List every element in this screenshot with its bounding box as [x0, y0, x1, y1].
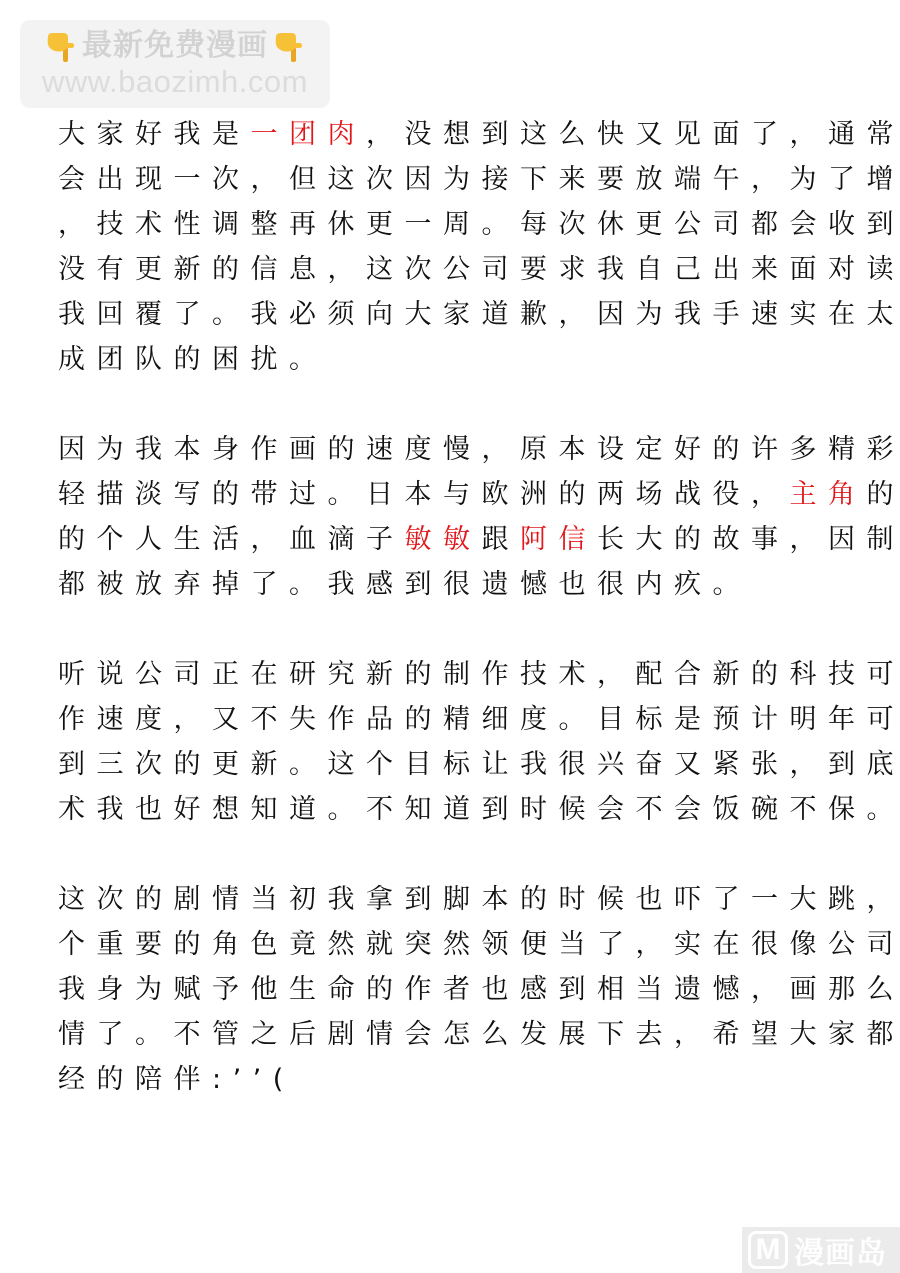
text-line: 这次的剧情当初我拿到脚本的时候也吓了一大跳，没想到这样一	[58, 877, 858, 922]
text-line: 我身为赋予他生命的作者也感到相当遗憾，画那么久对他也有感	[58, 967, 858, 1012]
text-line: 个重要的角色竟然就突然领便当了，实在很像公司编剧的风格。	[58, 922, 858, 967]
watermark-url: www.baozimh.com	[42, 64, 308, 100]
text-segment: 我回覆了。我必须向大家道歉，因为我手速实在太慢了，时常造	[58, 299, 900, 330]
paragraph: 大家好我是一团肉，没想到这么快又见面了，通常四次更新我才会出现一次，但这次因为接…	[58, 112, 858, 382]
pointing-down-hand-icon	[272, 29, 306, 63]
text-segment: 长大的故事，因制作进度的关系	[597, 524, 900, 555]
text-segment: 作速度，又不失作品的精细度。目标是预计明年可以达到每周二	[58, 704, 900, 735]
text-segment: 情了。不管之后剧情会怎么发展下去，希望大家都不要忘了他曾	[58, 1019, 900, 1050]
text-line: 听说公司正在研究新的制作技术，配合新的科技可以大大增加制	[58, 652, 858, 697]
text-segment: 会出现一次，但这次因为接下来要放端午，为了增加囤稿的关系	[58, 164, 900, 195]
highlighted-name: 敏敏	[405, 524, 482, 555]
author-note: 大家好我是一团肉，没想到这么快又见面了，通常四次更新我才会出现一次，但这次因为接…	[58, 112, 858, 1147]
text-segment: 个重要的角色竟然就突然领便当了，实在很像公司编剧的风格。	[58, 929, 900, 960]
text-segment: 成团队的困扰。	[58, 344, 328, 375]
brand-name: 漫画岛	[794, 1228, 887, 1272]
text-segment: ，没想到这么快又见面了，通常四次更新我才	[366, 119, 900, 150]
text-segment: 因为我本身作画的速度慢，原本设定好的许多精彩剧情，都只能	[58, 434, 900, 465]
paragraph: 听说公司正在研究新的制作技术，配合新的科技可以大大增加制作速度，又不失作品的精细…	[58, 652, 858, 832]
text-segment: 的感情戏，	[867, 479, 900, 510]
text-segment: 的个人生活，血滴子	[58, 524, 405, 555]
watermark-title-row: 最新免费漫画	[40, 28, 310, 64]
text-line: 我回覆了。我必须向大家道歉，因为我手速实在太慢了，时常造	[58, 292, 858, 337]
text-line: 到三次的更新。这个目标让我很兴奋又紧张，到底是什么样的技	[58, 742, 858, 787]
text-segment: 都被放弃掉了。我感到很遗憾也很内疚。	[58, 569, 751, 600]
text-segment: 这次的剧情当初我拿到脚本的时候也吓了一大跳，没想到这样一	[58, 884, 900, 915]
watermark-title: 最新免费漫画	[82, 28, 268, 64]
text-line: 术我也好想知道。不知道到时候会不会饭碗不保。	[58, 787, 858, 832]
text-segment: 大家好我是	[58, 119, 251, 150]
text-line: 的个人生活，血滴子敏敏跟阿信长大的故事，因制作进度的关系	[58, 517, 858, 562]
paragraph: 这次的剧情当初我拿到脚本的时候也吓了一大跳，没想到这样一个重要的角色竟然就突然领…	[58, 877, 858, 1102]
text-line: 作速度，又不失作品的精细度。目标是预计明年可以达到每周二	[58, 697, 858, 742]
highlighted-name: 主角	[790, 479, 867, 510]
text-line: 情了。不管之后剧情会怎么发展下去，希望大家都不要忘了他曾	[58, 1012, 858, 1057]
text-segment: 轻描淡写的带过。日本与欧洲的两场战役，	[58, 479, 790, 510]
text-line: 轻描淡写的带过。日本与欧洲的两场战役，主角的感情戏，阿弋	[58, 472, 858, 517]
brand-logo-icon: M	[748, 1231, 788, 1269]
paragraph: 因为我本身作画的速度慢，原本设定好的许多精彩剧情，都只能轻描淡写的带过。日本与欧…	[58, 427, 858, 607]
text-segment: 跟	[482, 524, 521, 555]
site-watermark-banner: 最新免费漫画 www.baozimh.com	[20, 20, 330, 108]
highlighted-name: 一团肉	[251, 119, 367, 150]
text-line: 大家好我是一团肉，没想到这么快又见面了，通常四次更新我才	[58, 112, 858, 157]
brand-watermark: M 漫画岛	[742, 1227, 900, 1273]
text-line: 没有更新的信息，这次公司要求我自己出来面对读者，不想再帮	[58, 247, 858, 292]
highlighted-name: 阿信	[520, 524, 597, 555]
text-segment: 术我也好想知道。不知道到时候会不会饭碗不保。	[58, 794, 900, 825]
text-segment: 经的陪伴:’’(	[58, 1064, 295, 1095]
text-line: ，技术性调整再休更一周。每次休更公司都会收到很多问为什么	[58, 202, 858, 247]
pointing-down-hand-icon	[44, 29, 78, 63]
text-line: 会出现一次，但这次因为接下来要放端午，为了增加囤稿的关系	[58, 157, 858, 202]
text-segment: 听说公司正在研究新的制作技术，配合新的科技可以大大增加制	[58, 659, 900, 690]
text-line: 因为我本身作画的速度慢，原本设定好的许多精彩剧情，都只能	[58, 427, 858, 472]
text-segment: 没有更新的信息，这次公司要求我自己出来面对读者，不想再帮	[58, 254, 900, 285]
text-segment: 我身为赋予他生命的作者也感到相当遗憾，画那么久对他也有感	[58, 974, 900, 1005]
text-line: 成团队的困扰。	[58, 337, 858, 382]
text-line: 经的陪伴:’’(	[58, 1057, 858, 1102]
text-line: 都被放弃掉了。我感到很遗憾也很内疚。	[58, 562, 858, 607]
text-segment: 到三次的更新。这个目标让我很兴奋又紧张，到底是什么样的技	[58, 749, 900, 780]
text-segment: ，技术性调整再休更一周。每次休更公司都会收到很多问为什么	[58, 209, 900, 240]
